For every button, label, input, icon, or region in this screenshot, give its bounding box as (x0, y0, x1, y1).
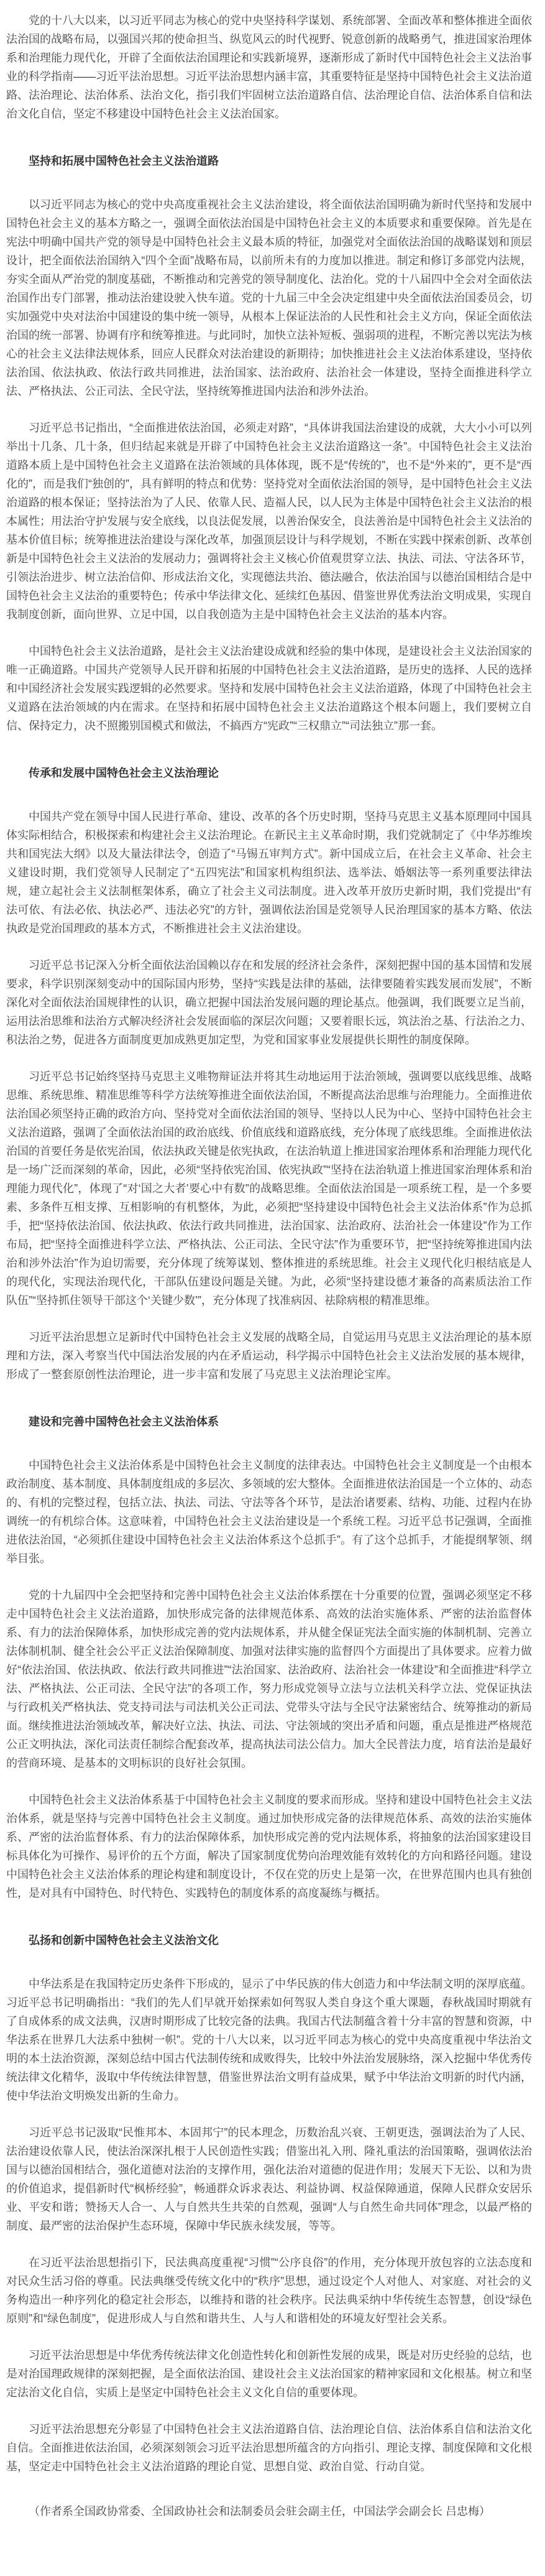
section-heading: 坚持和拓展中国特色社会主义法治道路 (6, 152, 532, 170)
paragraph: 中国特色社会主义法治体系基于中国特色社会主义制度的要求而形成。坚持和建设中国特色… (6, 1791, 532, 1902)
paragraph: 党的十九届四中全会把坚持和完善中国特色社会主义法治体系摆在十分重要的位置，强调必… (6, 1586, 532, 1772)
section-heading: 弘扬和创新中国特色社会主义法治文化 (6, 1931, 532, 1950)
author-line: （作者系全国政协常委、全国政协社会和法制委员会驻会副主任，中国法学会副会长 吕忠… (6, 2502, 532, 2521)
paragraph: 中华法系是在我国特定历史条件下形成的，显示了中华民族的伟大创造力和中华法制文明的… (6, 1975, 532, 2105)
paragraph: 习近平法治思想是中华优秀传统法律文化创造性转化和创新性发展的成果，既是对历史经验… (6, 2346, 532, 2402)
paragraph: 以习近平同志为核心的党中央高度重视社会主义法治建设，将全面依法治国明确为新时代坚… (6, 195, 532, 401)
paragraph: 习近平总书记指出，“全面推进依法治国，必须走对路”，“具体讲我国法治建设的成就，… (6, 419, 532, 624)
paragraph: 习近平法治思想立足新时代中国特色社会主义发展的战略全局，自觉运用马克思主义法治理… (6, 1328, 532, 1384)
paragraph: 中国共产党在领导中国人民进行革命、建设、改革的各个历史时期，坚持马克思主义基本原… (6, 807, 532, 938)
paragraph: 在习近平法治思想指引下，民法典高度重视“习惯”“公序良俗”的作用，充分体现开放包… (6, 2253, 532, 2328)
paragraph: 党的十八大以来，以习近平同志为核心的党中央坚持科学谋划、系统部署、全面改革和整体… (6, 11, 532, 123)
section-heading: 建设和完善中国特色社会主义法治体系 (6, 1412, 532, 1431)
paragraph: 中国特色社会主义法治体系是中国特色社会主义制度的法律表达。中国特色社会主义制度是… (6, 1456, 532, 1568)
section-heading: 传承和发展中国特色社会主义法治理论 (6, 764, 532, 782)
paragraph: 习近平总书记深入分析全面依法治国赖以存在和发展的经济社会条件，深刻把握中国的基本… (6, 956, 532, 1049)
article-body: 党的十八大以来，以习近平同志为核心的党中央坚持科学谋划、系统部署、全面改革和整体… (0, 0, 545, 2576)
paragraph: 习近平法治思想充分彰显了中国特色社会主义法治道路自信、法治理论自信、法治体系自信… (6, 2420, 532, 2476)
paragraph: 习近平总书记始终坚持马克思主义唯物辩证法并将其生动地运用于法治领域，强调要以底线… (6, 1067, 532, 1310)
paragraph: 中国特色社会主义法治道路，是社会主义法治建设成就和经验的集中体现，是建设社会主义… (6, 642, 532, 735)
paragraph: 习近平总书记汲取“民惟邦本、本固邦宁”的民本理念，历数治乱兴衰、王朝更迭，强调法… (6, 2123, 532, 2235)
